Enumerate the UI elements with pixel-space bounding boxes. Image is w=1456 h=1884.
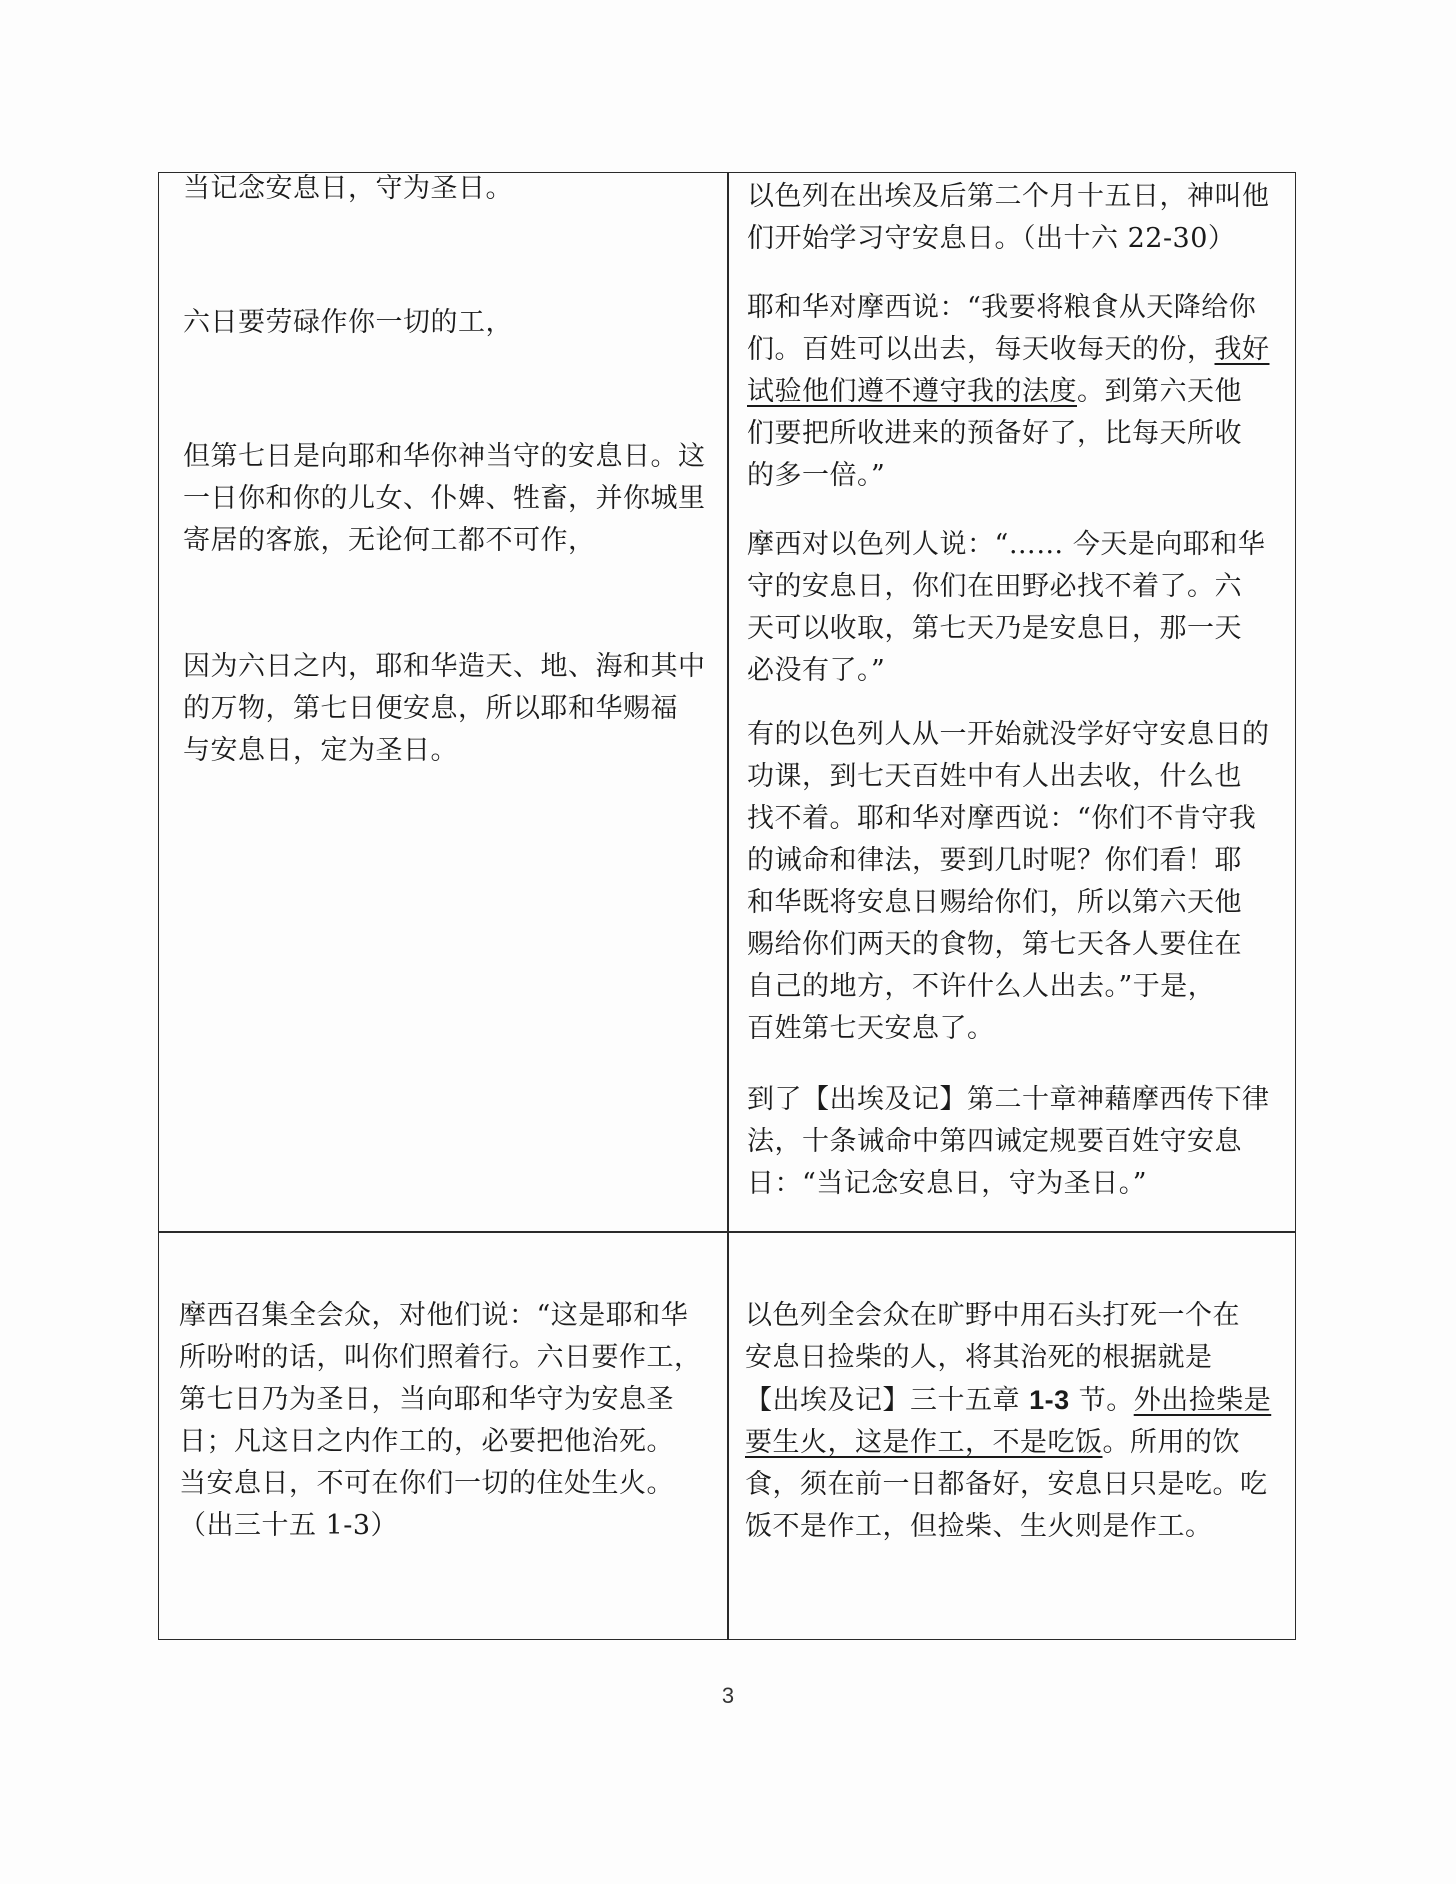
paragraph: 当记念安息日，守为圣日。 bbox=[183, 168, 723, 210]
text-line: 有的以色列人从一开始就没学好守安息日的 bbox=[747, 714, 1292, 756]
text-line: 以色列在出埃及后第二个月十五日，神叫他 bbox=[747, 176, 1292, 218]
text-span: 。到第六天他 bbox=[1077, 376, 1242, 407]
row1-left-cell: 当记念安息日，守为圣日。 六日要劳碌作你一切的工， 但第七日是向耶和华你神当守的… bbox=[183, 173, 723, 1231]
text-span: 。所用的饮 bbox=[1103, 1427, 1241, 1458]
text-line: 因为六日之内，耶和华造天、地、海和其中 bbox=[183, 646, 723, 688]
text-line: 们要把所收进来的预备好了，比每天所收 bbox=[747, 413, 1292, 455]
paragraph: 有的以色列人从一开始就没学好守安息日的 功课，到七天百姓中有人出去收，什么也 找… bbox=[747, 714, 1292, 1050]
text-line: 但第七日是向耶和华你神当守的安息日。这 bbox=[183, 436, 723, 478]
text-line: 当安息日，不可在你们一切的住处生火。 bbox=[179, 1463, 724, 1505]
text-line: 到了【出埃及记】第二十章神藉摩西传下律 bbox=[747, 1079, 1292, 1121]
text-line: 与安息日，定为圣日。 bbox=[183, 730, 723, 772]
text-line: 法，十条诫命中第四诫定规要百姓守安息 bbox=[747, 1121, 1292, 1163]
row2-left-cell: 摩西召集全会众，对他们说：“这是耶和华 所吩咐的话，叫你们照着行。六日要作工， … bbox=[179, 1233, 724, 1641]
underlined-text: 试验他们遵不遵守我的法度 bbox=[747, 376, 1077, 407]
text-span: 们。百姓可以出去，每天收每天的份， bbox=[747, 334, 1215, 365]
paragraph: 六日要劳碌作你一切的工， bbox=[183, 302, 723, 344]
paragraph: 摩西召集全会众，对他们说：“这是耶和华 所吩咐的话，叫你们照着行。六日要作工， … bbox=[179, 1295, 724, 1547]
text-line: 一日你和你的儿女、仆婢、牲畜，并你城里 bbox=[183, 478, 723, 520]
paragraph: 耶和华对摩西说：“我要将粮食从天降给你 们。百姓可以出去，每天收每天的份，我好 … bbox=[747, 287, 1292, 497]
text-line: 摩西召集全会众，对他们说：“这是耶和华 bbox=[179, 1295, 724, 1337]
text-line: 百姓第七天安息了。 bbox=[747, 1008, 1292, 1050]
underlined-text: 我好 bbox=[1215, 334, 1270, 365]
paragraph: 但第七日是向耶和华你神当守的安息日。这 一日你和你的儿女、仆婢、牲畜，并你城里 … bbox=[183, 436, 723, 562]
text-line: 赐给你们两天的食物，第七天各人要住在 bbox=[747, 924, 1292, 966]
text-line: 们。百姓可以出去，每天收每天的份，我好 bbox=[747, 329, 1292, 371]
text-line: 守的安息日，你们在田野必找不着了。六 bbox=[747, 566, 1292, 608]
text-line: 所吩咐的话，叫你们照着行。六日要作工， bbox=[179, 1337, 724, 1379]
text-line: 们开始学习守安息日。（出十六 22-30） bbox=[747, 218, 1292, 260]
text-line: 安息日捡柴的人，将其治死的根据就是 bbox=[745, 1337, 1293, 1379]
document-page: 当记念安息日，守为圣日。 六日要劳碌作你一切的工， 但第七日是向耶和华你神当守的… bbox=[0, 0, 1456, 1884]
text-line: 【出埃及记】三十五章 1-3 节。外出捡柴是 bbox=[745, 1379, 1293, 1422]
text-line: 的万物，第七日便安息，所以耶和华赐福 bbox=[183, 688, 723, 730]
text-line: 试验他们遵不遵守我的法度。到第六天他 bbox=[747, 371, 1292, 413]
text-line: 寄居的客旅，无论何工都不可作， bbox=[183, 520, 723, 562]
text-line: 和华既将安息日赐给你们，所以第六天他 bbox=[747, 882, 1292, 924]
text-line: 第七日乃为圣日，当向耶和华守为安息圣 bbox=[179, 1379, 724, 1421]
text-line: 耶和华对摩西说：“我要将粮食从天降给你 bbox=[747, 287, 1292, 329]
text-line: 功课，到七天百姓中有人出去收，什么也 bbox=[747, 756, 1292, 798]
row2-right-cell: 以色列全会众在旷野中用石头打死一个在 安息日捡柴的人，将其治死的根据就是 【出埃… bbox=[745, 1233, 1293, 1641]
text-line: 天可以收取，第七天乃是安息日，那一天 bbox=[747, 608, 1292, 650]
text-line: 的多一倍。” bbox=[747, 455, 1292, 497]
text-span: 【出埃及记】三十五章 bbox=[745, 1385, 1029, 1416]
paragraph: 摩西对以色列人说：“…… 今天是向耶和华 守的安息日，你们在田野必找不着了。六 … bbox=[747, 524, 1292, 692]
text-line: 以色列全会众在旷野中用石头打死一个在 bbox=[745, 1295, 1293, 1337]
comparison-table: 当记念安息日，守为圣日。 六日要劳碌作你一切的工， 但第七日是向耶和华你神当守的… bbox=[158, 172, 1296, 1640]
page-number: 3 bbox=[0, 1683, 1456, 1709]
text-line: 日；凡这日之内作工的，必要把他治死。 bbox=[179, 1421, 724, 1463]
column-divider bbox=[727, 173, 729, 1639]
text-line: 的诫命和律法，要到几时呢？你们看！耶 bbox=[747, 840, 1292, 882]
text-line: 要生火，这是作工，不是吃饭。所用的饮 bbox=[745, 1422, 1293, 1464]
text-line: 饭不是作工，但捡柴、生火则是作工。 bbox=[745, 1506, 1293, 1548]
paragraph: 以色列在出埃及后第二个月十五日，神叫他 们开始学习守安息日。（出十六 22-30… bbox=[747, 176, 1292, 260]
row1-right-cell: 以色列在出埃及后第二个月十五日，神叫他 们开始学习守安息日。（出十六 22-30… bbox=[747, 173, 1292, 1231]
paragraph: 到了【出埃及记】第二十章神藉摩西传下律 法，十条诫命中第四诫定规要百姓守安息 日… bbox=[747, 1079, 1292, 1205]
verse-reference: 1-3 bbox=[1029, 1385, 1070, 1415]
text-line: 摩西对以色列人说：“…… 今天是向耶和华 bbox=[747, 524, 1292, 566]
underlined-text: 外出捡柴是 bbox=[1134, 1385, 1272, 1416]
paragraph: 因为六日之内，耶和华造天、地、海和其中 的万物，第七日便安息，所以耶和华赐福 与… bbox=[183, 646, 723, 772]
text-span: 节。 bbox=[1070, 1385, 1134, 1416]
text-line: 食，须在前一日都备好，安息日只是吃。吃 bbox=[745, 1464, 1293, 1506]
text-line: 日：“当记念安息日，守为圣日。” bbox=[747, 1163, 1292, 1205]
text-line: 找不着。耶和华对摩西说：“你们不肯守我 bbox=[747, 798, 1292, 840]
text-line: 自己的地方，不许什么人出去。”于是， bbox=[747, 966, 1292, 1008]
underlined-text: 要生火，这是作工，不是吃饭 bbox=[745, 1427, 1103, 1458]
text-line: （出三十五 1-3） bbox=[179, 1505, 724, 1547]
paragraph: 以色列全会众在旷野中用石头打死一个在 安息日捡柴的人，将其治死的根据就是 【出埃… bbox=[745, 1295, 1293, 1548]
text-line: 必没有了。” bbox=[747, 650, 1292, 692]
